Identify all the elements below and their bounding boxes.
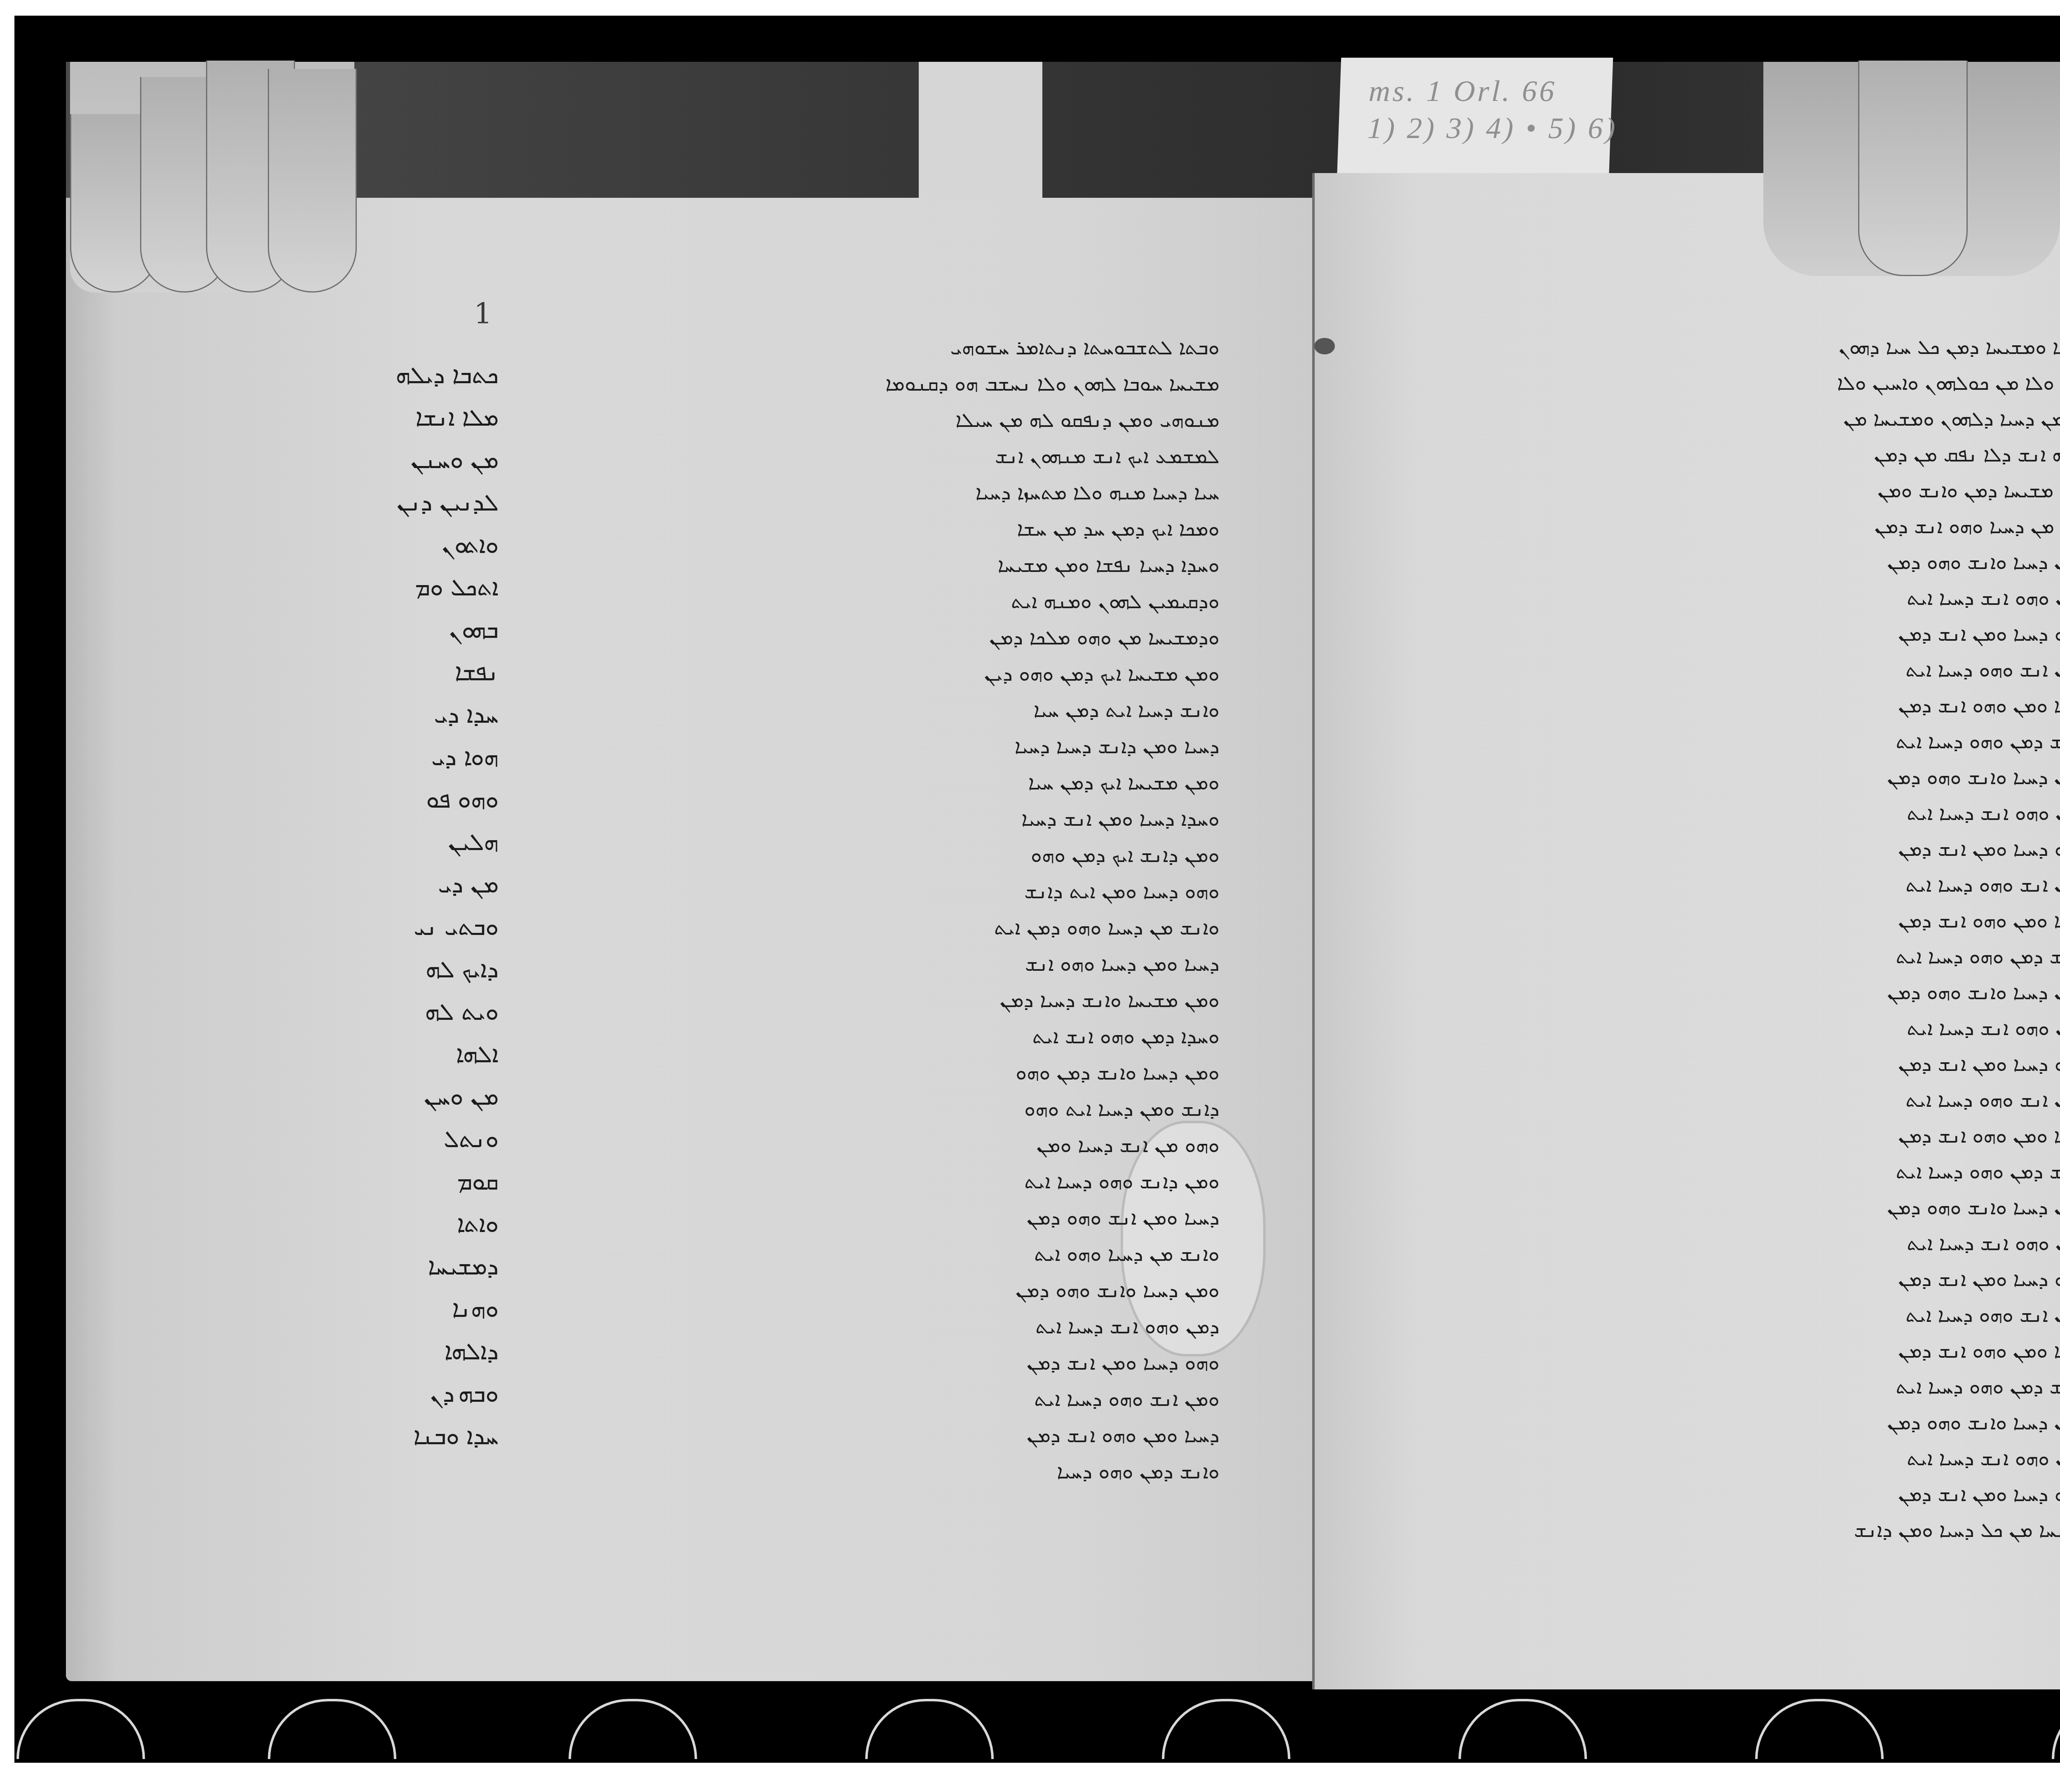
manuscript-line: ܘܡܢ ܕܐܢܫ ܘܗܘ ܕܚܝܐ ܐܝܬ [577, 1164, 1220, 1200]
manuscript-line: ܘܡܢ ܕܐܢܫ ܐܝܟ ܕܡܢ ܘܗܘ [577, 837, 1220, 874]
manuscript-line: ܡܢ ܘܡܠܐ [2044, 880, 2060, 923]
manuscript-line: ܡܢܗ ܐܢܫ ܕܠܐ ܢܦܩ ܡܢ ܕܡܢ [1372, 437, 2060, 473]
manuscript-line: ܘܡܢ ܕܚܝܐ ܘܐܢܫ ܘܗܘ ܕܡܢ [1372, 975, 2060, 1011]
manuscript-line: ܚܝܐ ܕܚܝܐ ܡܢܗ ܘܠܐ ܡܬܚܙܐ ܕܚܝܐ [577, 475, 1220, 511]
manuscript-line: ܘܡܢ ܡܫܝܚܐ ܐܝܟ ܕܡܢ ܚܝܐ [577, 765, 1220, 801]
manuscript-line: ܕܐܦ ܘܠܐ [2044, 1559, 2060, 1602]
manuscript-line: ܘܐܢܫ ܕܚܝܐ ܐܝܬ ܕܡܢ ܚܝܐ [577, 692, 1220, 729]
manuscript-line: ܦܢ ܘܗܘܐ [2044, 583, 2060, 625]
manuscript-line: ܘܒܗ ܕܦܘ [2044, 413, 2060, 456]
manuscript-line: ܐܠܗܐ [363, 1033, 499, 1076]
manuscript-line: ܕܐܠܗܐ [363, 1331, 499, 1373]
manuscript-line: ܕܐܝܬ [2044, 1347, 2060, 1389]
manuscript-line: ܠܡܫܡܥ ܐܝܟ ܐܢܫ ܡܢܗܘܢ ܐܢܫ [577, 438, 1220, 475]
manuscript-line: ܘܝܬ ܠܗ [363, 991, 499, 1033]
manuscript-line: ܘܗܘ ܦܘ [363, 779, 499, 821]
manuscript-line: ܘܠܐ ܡܫܝܚܐ ܕܡܢ ܘܐܢܫ ܘܡܢ [1372, 473, 2060, 509]
manuscript-line: ܢܦܫܐ [363, 651, 499, 694]
manuscript-line: ܘܡܢ ܐܢܫ ܘܗܘ ܕܚܝܐ ܐܝܬ [577, 1381, 1220, 1417]
manuscript-line: ܘܗܘ ܕܚܝܐ ܘܡܢ ܐܢܫ ܕܡܢ [1372, 1262, 2060, 1298]
manuscript-line: ܘܐܢܫ ܡܢ ܕܚܝܐ ܘܗܘ ܕܡܢ ܐܝܬ [577, 910, 1220, 946]
manuscript-line: ܡܢ ܘܗ [2044, 1305, 2060, 1347]
manuscript-line: ܚܕܐ ܘܗܘ [2044, 625, 2060, 668]
manuscript-line: ܘܒܬܐ ܠܬܫܒܘܚܬܐ ܕܢܬܐܡܪ ܚܫܘܗܝ [577, 330, 1220, 366]
manuscript-line: ܐܠܐ ܐܠܗܐ [2044, 456, 2060, 498]
manuscript-line: ܕܚܝܐ ܘܡܢ ܘܗܘ ܐܢܫ ܕܡܢ [1372, 1118, 2060, 1154]
manuscript-line: ܘܐܬܐ [363, 1203, 499, 1246]
manuscript-line: ܘܚܕܐ ܕܡܢ ܘܗܘ ܐܢܫ ܐܝܬ [577, 1019, 1220, 1055]
manuscript-line: ܕܚܝܐ ܘܡܢ ܘܗܘ ܐܢܫ ܕܡܢ [1372, 1333, 2060, 1369]
manuscript-line: ܟܬܒܐ ܕܝܠܗ [363, 354, 499, 397]
manuscript-line: ܘܚܕܐ ܕܚܝܐ ܘܡܢ ܐܢܫ ܕܚܝܐ [577, 801, 1220, 837]
manuscript-line: ܡܢ ܘܚܢ [2044, 1474, 2060, 1517]
manuscript-line: ܘܗܘ ܕܚܝܐ ܘܡܢ ܐܢܫ ܕܡܢ [577, 1345, 1220, 1381]
manuscript-line: ܐܢܐ ܕܗ [2044, 1262, 2060, 1305]
manuscript-line: ܡܢ ܘܚܢ [363, 1076, 499, 1118]
left-hand-finger [268, 69, 357, 293]
manuscript-line: ܕܡܫܝܚܐ [2044, 1135, 2060, 1177]
ink-spot [1314, 338, 1335, 354]
manuscript-line: ܘܡܟܐ ܐܝܟ ܕܡܢ ܚܕ ܡܢ ܚܫܐ [577, 511, 1220, 547]
manuscript-line: ܚܕܐ ܘܒܢܐ [363, 1415, 499, 1458]
manuscript-line: ܠܕܢܝܢ ܕܢܢ [363, 482, 499, 524]
manuscript-line: ܕܢܐ ܕܝ [2044, 1007, 2060, 1050]
manuscript-line: ܕܡܫܝܚܐ [363, 1246, 499, 1288]
left-page-margin-column: ܟܬܒܐ ܕܝܠܗܡܠܐ ܐܢܫܐܡܢ ܘܚܢܢܠܕܢܝܢ ܕܢܢܘܐܬܘܢܐܬ… [363, 354, 499, 1458]
manuscript-line: ܘܡܢ ܕܚܝܐ ܘܐܢܫ ܘܗܘ ܕܡܢ [1372, 1405, 2060, 1441]
manuscript-line: ܠܐ ܡܢ ܕܚܝܐ ܕܠܗܘܢ ܘܡܫܝܚܐ ܡܢ [1372, 401, 2060, 437]
left-hand [70, 62, 354, 293]
manuscript-line: ܡܠܐ ܘܗܘ [2044, 498, 2060, 541]
left-page-main-text: ܘܒܬܐ ܠܬܫܒܘܚܬܐ ܕܢܬܐܡܪ ܚܫܘܗܝܡܫܝܚܐ ܚܘܒܐ ܠܗܘ… [577, 330, 1220, 1490]
manuscript-line: ܘܡܢ ܕܚܝܐ ܘܐܢܫ ܕܡܢ ܘܗܘ [577, 1055, 1220, 1091]
manuscript-line: ܘܡܢ ܐܢܫ ܘܗܘ ܕܚܝܐ ܐܝܬ [1372, 652, 2060, 688]
manuscript-line: ܘܐܬܘܢ [363, 524, 499, 567]
manuscript-line: ܘܗ ܝܘܡ [2044, 753, 2060, 795]
shelfmark-label-line-1: ms. 1 Orl. 66 [1368, 74, 1557, 108]
manuscript-line: ܘܡܢ ܐܢܫ ܘܗܘ ܕܚܝܐ ܐܝܬ [1372, 1298, 2060, 1333]
manuscript-line: ܘܗܘ ܕܚܝܐ ܘܡܢ ܐܢܫ ܕܡܢ [1372, 832, 2060, 867]
shelfmark-label-card: ms. 1 Orl. 66 1) 2) 3) 4) • 5) 6) [1337, 58, 1613, 181]
manuscript-line: ܘܒܗ ܕܢ [363, 1373, 499, 1415]
manuscript-line: ܘܗܘ ܕܚܝܐ ܘܡܢ ܐܢܫ ܕܡܢ [1372, 1047, 2060, 1082]
manuscript-line: ܘܚܕܐ ܕܚܝܐ ܢܦܫܐ ܘܡܢ ܡܫܝܚܐ [577, 547, 1220, 583]
manuscript-line: ܘܡܢ ܐܢܫ ܘܗܘ ܕܚܝܐ ܐܝܬ [1372, 867, 2060, 903]
manuscript-line: ܐܠܗܐ [2044, 668, 2060, 710]
manuscript-line: ܘܡܢ ܕܚܝܐ ܘܐܢܫ ܘܗܘ ܕܡܢ [1372, 545, 2060, 581]
manuscript-line: ܕܚܝܐ ܘܡܢ ܘܗܘ ܐܢܫ ܕܡܢ [1372, 903, 2060, 939]
manuscript-line: ܡܫܝܚܐ ܚܘܒܐ ܠܗܘܢ ܘܠܐ ܢܚܫܒ ܗܘ ܕܩܢܘܡܐ [577, 366, 1220, 402]
manuscript-line: ܕܡܢ ܘܗܘ ܐܢܫ ܕܚܝܐ ܐܝܬ [1372, 796, 2060, 832]
manuscript-line: ܘܡܢ ܚܣܝܐ [2044, 541, 2060, 583]
manuscript-line: ܕܐܝܟ ܠܗ [363, 949, 499, 991]
manuscript-line: ܕܡܢ ܘܗܘ ܐܢܫ ܕܚܝܐ ܐܝܬ [1372, 1226, 2060, 1262]
manuscript-line: ܘܚܕ ܕܢ [2044, 1220, 2060, 1262]
manuscript-line: ܐܢܫ ܡܢ ܕܚܝܐ ܘܗܘ ܐܢܫ ܕܡܢ [1372, 509, 2060, 545]
manuscript-line: ܠܐ ܐܠܗܐ [2044, 1092, 2060, 1135]
manuscript-line: ܘܗܘ ܕܚܝܐ ܘܡܢ ܐܢܫ ܕܡܢ [1372, 616, 2060, 652]
manuscript-line: ܕܡܢ ܕܢܐ [2044, 838, 2060, 880]
manuscript-line: ܡܢ ܚܝ ܡܢ [2044, 1602, 2060, 1644]
manuscript-line: ܘܐܢܫ ܕܡܢ ܘܗܘ ܕܚܝܐ ܐܝܬ [1372, 724, 2060, 760]
manuscript-line: ܘܗܘ ܕܚܝܐ ܘܡܢ ܐܝܬ ܕܐܢܫ [577, 874, 1220, 910]
manuscript-line: ܩܘܡ [363, 1161, 499, 1203]
manuscript-line: ܘܐܢܫ ܕܡܢ ܘܗܘ ܕܚܝܐ ܐܝܬ [1372, 939, 2060, 975]
manuscript-line: ܘܡܠܝ ܕܢ [2044, 965, 2060, 1007]
manuscript-line: ܡܠܐ ܘܗܘ [2044, 1177, 2060, 1220]
manuscript-line: ܡܫܝܚܐ ܡܢ ܟܠ ܕܚܝܐ ܘܡܢ ܕܐܢܫ [1372, 1513, 2060, 1548]
manuscript-line: ܐܢܫ ܘܠܐ ܡܢ ܟܘܠܗܘܢ ܘܐܚܝܢ ܘܠܐ [1372, 365, 2060, 401]
right-hand-thumb [1858, 61, 1968, 276]
manuscript-line: ܕܠܐ ܡܢ [2044, 710, 2060, 753]
manuscript-line: ܘܗܘ ܕܚܝܐ ܘܡܢ ܐܢܫ ܕܡܢ [1372, 1477, 2060, 1513]
manuscript-line: ܕܡܢ ܘܗܘ ܐܢܫ ܕܚܝܐ ܐܝܬ [1372, 1011, 2060, 1047]
manuscript-line: ܘܒܗ ܕܢ [2044, 1517, 2060, 1559]
manuscript-line: ܘܒܬܝ ܢܝ [363, 906, 499, 949]
right-page-main-text: ܘܚܝܐ ܘܡܫܝܚܐ ܕܡܢ ܟܠ ܚܝܐ ܕܗܘܢܐܢܫ ܘܠܐ ܡܢ ܟܘ… [1372, 330, 2060, 1548]
manuscript-line: ܘܗܢܐ [2044, 1389, 2060, 1432]
manuscript-line: ܕܚܝܐ ܘܡܢ ܐܢܫ ܘܗܘ ܕܡܢ [577, 1200, 1220, 1236]
manuscript-line: ܘܕܩܝܡܝܢ ܠܗܘܢ ܘܡܢܗ ܐܝܬ [577, 583, 1220, 620]
manuscript-line: ܗܠܝܢ [363, 821, 499, 864]
manuscript-line: ܘܡܠܟܐ ܕܝ [2044, 795, 2060, 838]
manuscript-line: ܕܚܝܐ ܘܡܢ ܕܐܢܫ ܕܚܝܐ ܕܚܝܐ [577, 729, 1220, 765]
right-page-margin-column: ܘܒܗ ܢܗܘܐܘܒܗ ܕܦܘܐܠܐ ܐܠܗܐܡܠܐ ܘܗܘܘܡܢ ܚܣܝܐܦܢ… [2044, 371, 2060, 1644]
right-hand [1763, 62, 2060, 276]
manuscript-line: ܘܕܡܫܝܚܐ ܡܢ ܘܗܘ ܡܠܟܐ ܕܡܢ [577, 620, 1220, 656]
manuscript-line: ܡܢ ܘܚܢܢ [363, 439, 499, 482]
manuscript-line: ܕܡܢ ܘܗܘ ܐܢܫ ܕܚܝܐ ܐܝܬ [1372, 1441, 2060, 1477]
manuscript-line: ܘܚܝܐ ܘܡܫܝܚܐ ܕܡܢ ܟܠ ܚܝܐ ܕܗܘܢ [1372, 330, 2060, 365]
manuscript-line: ܘܐܢܫ ܕܡܢ ܘܗܘ ܕܚܝܐ ܐܝܬ [1372, 1154, 2060, 1190]
manuscript-line: ܘܡܢ ܐܢܫ ܘܗܘ ܕܚܝܐ ܐܝܬ [1372, 1082, 2060, 1118]
manuscript-line: ܘܡܢ ܡܫܝܚܐ ܐܝܟ ܕܡܢ ܘܗܘ ܕܝܢ [577, 656, 1220, 692]
manuscript-line: ܘܗܘ ܡܢ ܐܢܫ ܕܚܝܐ ܘܡܢ [577, 1127, 1220, 1164]
manuscript-line: ܘܢܬܠ [363, 1118, 499, 1161]
manuscript-line: ܡܢܘܗܝ ܘܡܢ ܕܢܦܩܘ ܠܗ ܡܢ ܚܝܠܐ [577, 402, 1220, 438]
manuscript-line: ܗܘܐ ܕܝ [363, 736, 499, 779]
manuscript-line: ܘܡܢ ܕܚܝܐ ܘܐܢܫ ܘܗܘ ܕܡܢ [577, 1272, 1220, 1309]
manuscript-line: ܕܡܢ ܘܗܘ ܐܢܫ ܕܚܝܐ ܐܝܬ [1372, 581, 2060, 616]
manuscript-line: ܡܢ ܕܝܢ [2044, 1050, 2060, 1092]
manuscript-line: ܕܡܢ ܘܗܘ ܐܢܫ ܕܚܝܐ ܐܝܬ [577, 1309, 1220, 1345]
manuscript-line: ܕܚܝܐ ܘܡܢ ܘܗܘ ܐܢܫ ܕܡܢ [1372, 688, 2060, 724]
spine-gutter [1312, 173, 1315, 1689]
manuscript-line: ܘܐܢܫ ܡܢ ܕܚܝܐ ܘܗܘ ܐܝܬ [577, 1236, 1220, 1272]
manuscript-line: ܕܚܝܐ ܘܡܢ ܕܚܝܐ ܘܗܘ ܐܢܫ [577, 946, 1220, 982]
manuscript-line: ܘܡܢ ܕܚܝܐ ܘܐܢܫ ܘܗܘ ܕܡܢ [1372, 760, 2060, 796]
manuscript-line: ܕܐܢܫ ܘܡܢ ܕܚܝܐ ܐܝܬ ܘܗܘ [577, 1091, 1220, 1127]
manuscript-line: ܕܐܠܗܐ [2044, 1432, 2060, 1474]
manuscript-line: ܘܡܢ ܕܚܝܐ ܘܐܢܫ ܘܗܘ ܕܡܢ [1372, 1190, 2060, 1226]
manuscript-line: ܘܐܢܫ ܕܡܢ ܘܗܘ ܕܚܝܐ ܐܝܬ [1372, 1369, 2060, 1405]
manuscript-line: ܕܚܝܐ ܘܡܢ ܘܗܘ ܐܢܫ ܕܡܢ [577, 1417, 1220, 1454]
manuscript-line: ܐܬܟܠ ܘܡ [363, 567, 499, 609]
manuscript-line: ܡܠܐ ܐܢܫܐ [363, 397, 499, 439]
left-folio-mark: 1 [474, 297, 492, 330]
shelfmark-label-line-2: 1) 2) 3) 4) • 5) 6) [1367, 111, 1618, 145]
manuscript-line: ܚܕܐ ܕܝ [363, 694, 499, 736]
manuscript-line: ܘܐܢܫ ܕܡܢ ܘܗܘ ܕܚܝܐ [577, 1454, 1220, 1490]
manuscript-line: ܐܢܐ ܕܚܝ [2044, 923, 2060, 965]
manuscript-line: ܘܡܢ ܡܫܝܚܐ ܘܐܢܫ ܕܚܝܐ ܕܡܢ [577, 982, 1220, 1019]
manuscript-line: ܒܗܘܢ [363, 609, 499, 651]
manuscript-line: ܡܢ ܕܝ [363, 864, 499, 906]
manuscript-line: ܘܗܢܐ [363, 1288, 499, 1331]
manuscript-line: ܘܒܗ ܢܗܘܐ [2044, 371, 2060, 413]
